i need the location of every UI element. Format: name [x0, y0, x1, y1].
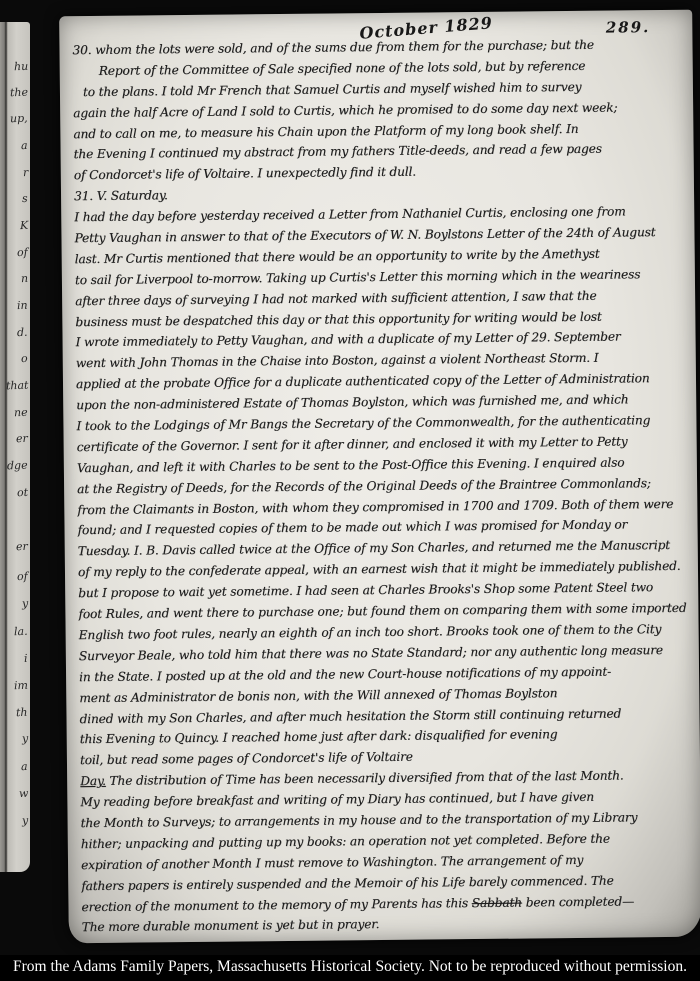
edge-text-fragment: hu [14, 60, 29, 73]
edge-text-fragment: y [22, 732, 29, 745]
edge-text-fragment: dge [7, 459, 28, 473]
manuscript-lines: 30. whom the lots were sold, and of the … [72, 34, 696, 939]
edge-text-fragment: la. [14, 625, 28, 638]
caption-bar: From the Adams Family Papers, Massachuse… [0, 955, 700, 981]
edge-text-fragment: th [16, 706, 28, 719]
edge-text-fragment: up, [10, 112, 28, 126]
edge-text-fragment: er [16, 432, 28, 445]
edge-text-fragment: a [21, 139, 28, 152]
edge-text-fragment: er [16, 540, 28, 553]
manuscript-page: October 1829 289. 30. whom the lots were… [59, 10, 700, 944]
edge-text-fragment: i [24, 652, 28, 665]
edge-text-fragment: of [17, 246, 28, 259]
edge-text-fragment: y [22, 814, 29, 827]
edge-text-fragment: s [22, 192, 28, 205]
edge-text-fragment: o [21, 352, 28, 365]
edge-text-fragment: n [21, 272, 29, 285]
edge-text-fragment: r [23, 166, 29, 179]
edge-text-fragment: K [20, 219, 29, 232]
edge-text-fragment: ne [14, 406, 28, 419]
edge-text-fragment: im [14, 679, 28, 692]
edge-text-fragment: of [17, 570, 28, 583]
facing-page-edge: hutheup,arsKofnind.othatneerdgeoterofyla… [0, 22, 30, 872]
edge-text-fragment: y [22, 597, 29, 610]
edge-text-fragment: the [10, 86, 28, 100]
attribution-caption: From the Adams Family Papers, Massachuse… [13, 958, 687, 975]
edge-text-fragment: w [18, 787, 28, 800]
edge-text-fragment: that [5, 379, 28, 393]
edge-text-fragment: ot [17, 486, 28, 499]
edge-text-fragment: d. [17, 326, 28, 339]
edge-text-fragment: a [21, 760, 28, 773]
edge-text-fragment: in [17, 299, 28, 312]
